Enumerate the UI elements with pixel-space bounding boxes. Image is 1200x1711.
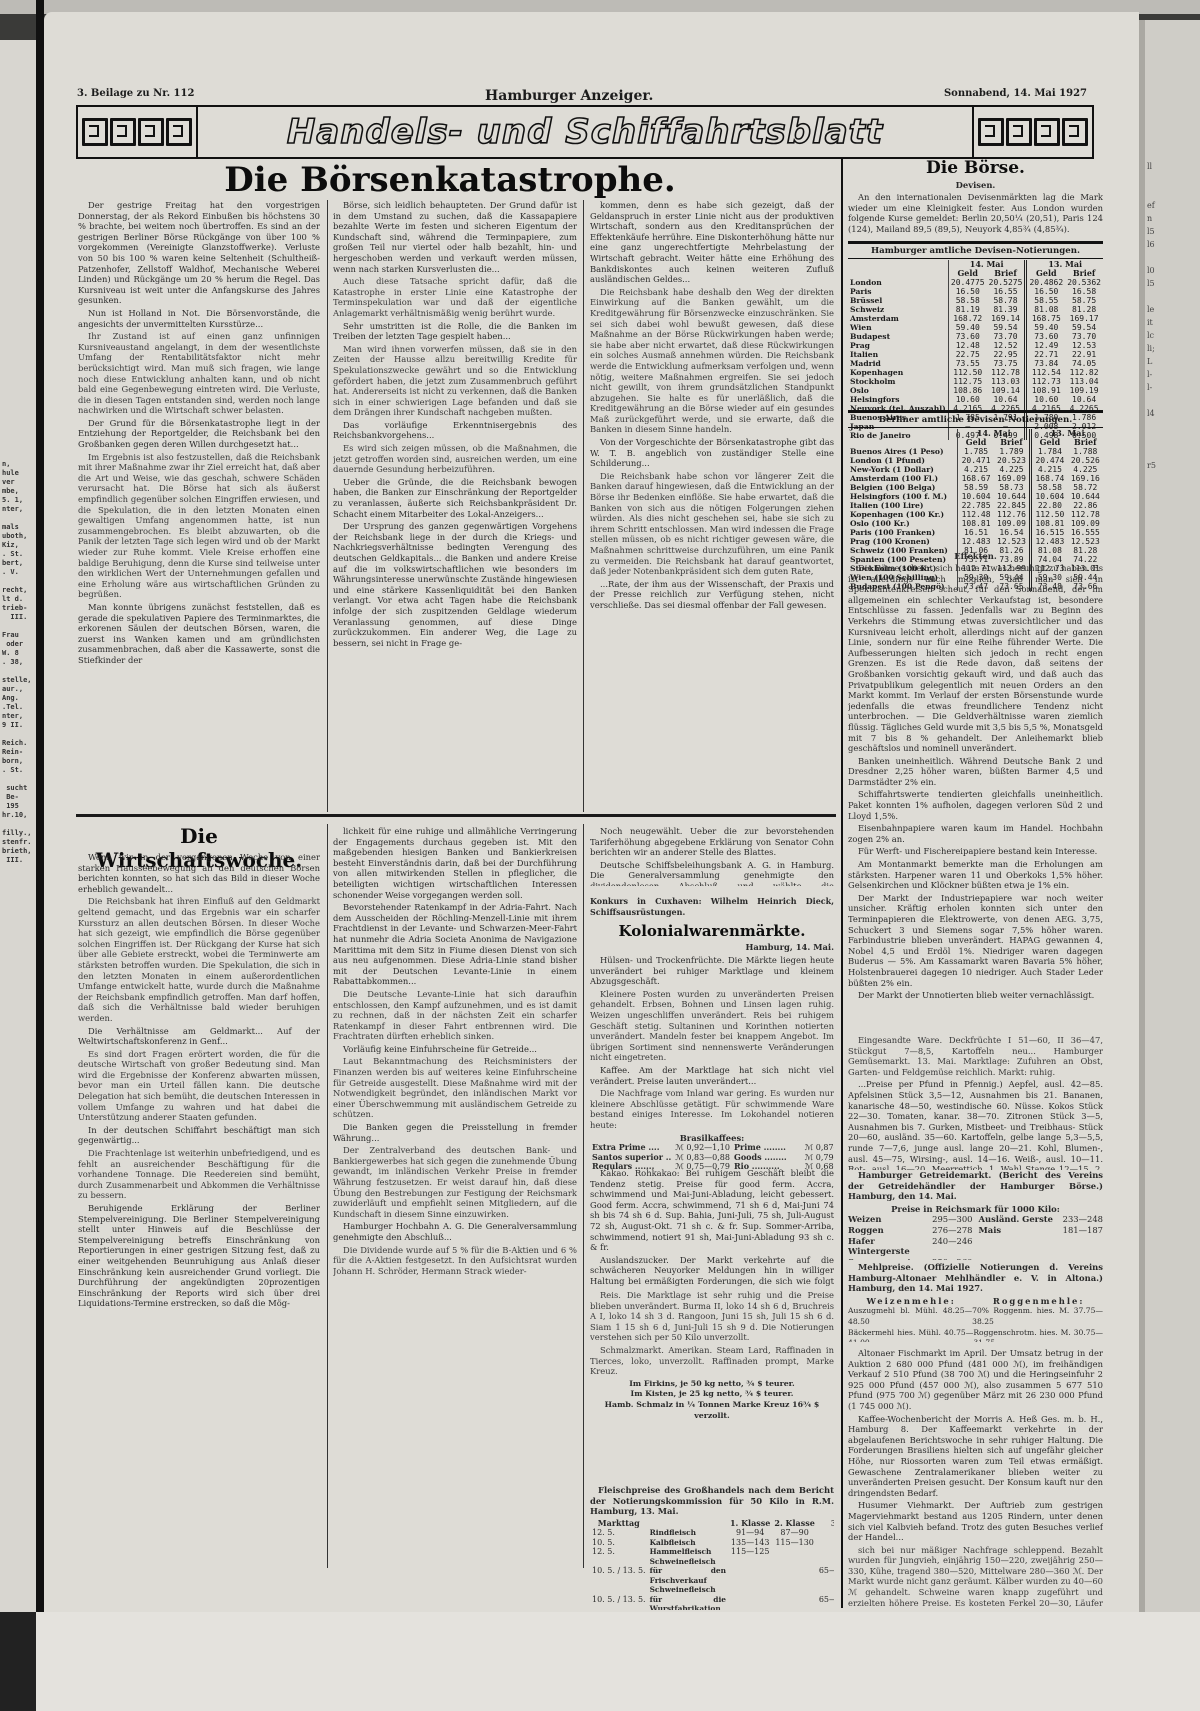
rate-value: 169.14	[987, 314, 1026, 323]
berlin-fx-table-title: Berliner amtliche Devisen-Notierungen.	[848, 410, 1103, 428]
currency-name: Italien	[848, 350, 948, 359]
currency-name: Paris	[848, 287, 948, 296]
lard-price-list: Im Firkins, je 50 kg netto, ¾ $ teurer.I…	[590, 1379, 834, 1421]
rate-value: 10.644	[994, 492, 1031, 501]
rate-value: 109.09	[994, 519, 1031, 528]
table-row: Budapest73.6073.7073.6073.70	[848, 332, 1103, 341]
list-item: Auszugmehl bl. Mühl. 48.25—48.5070% Rogg…	[848, 1306, 1103, 1327]
paragraph-body-illegible: Kleinere Posten wurden zu unveränderten …	[590, 989, 834, 1063]
paragraph-body-illegible: Es wird sich zeigen müssen, ob die Maßna…	[333, 443, 577, 475]
rate-value: 112.76	[994, 510, 1031, 519]
rate-value: 169.16	[1068, 474, 1103, 483]
table-row: Prag12.4812.5212.4912.53	[848, 341, 1103, 350]
list-item: Im Kisten, je 25 kg netto, ¾ $ teurer.	[590, 1389, 834, 1400]
paragraph: Für Werft- und Fischereipapiere bestand …	[848, 846, 1103, 857]
getreide-section: Hamburger Getreidemarkt. (Bericht des Ve…	[848, 1170, 1103, 1260]
main-article-column-1: Der gestrige Freitag hat den vorgestrige…	[78, 200, 320, 812]
paragraph-body-illegible: Die Dividende wurde auf 5 % für die B-Ak…	[333, 1245, 577, 1277]
rate-value: 10.604	[958, 492, 994, 501]
paragraph-body-illegible: Die Reichsbank hat ihren Einfluß auf den…	[78, 896, 320, 1023]
paragraph: ...Rate, der ihm aus der Wissenschaft, d…	[590, 579, 834, 611]
paragraph-body-illegible: Auch diese Tatsache spricht dafür, daß d…	[333, 276, 577, 318]
paragraph: Beruhigende Erklärung der Berliner Stemp…	[78, 1203, 320, 1309]
rate-value: 12.523	[1068, 537, 1103, 546]
rate-value: 20.4862	[1026, 278, 1065, 287]
rate-value: 22.95	[987, 350, 1026, 359]
rate-value: 113.04	[1065, 377, 1103, 386]
rate-value: 109.19	[1065, 386, 1103, 395]
binding-shadow	[0, 1612, 36, 1711]
table-row: Oslo108.86109.14108.91109.19	[848, 386, 1103, 395]
list-item: Ausländ. Gerste233—248	[979, 1214, 1104, 1225]
paragraph: Kaffee. Am der Marktlage hat sich nicht …	[590, 1065, 834, 1086]
rate-value: 22.845	[994, 501, 1031, 510]
rate-value: 168.72	[948, 314, 986, 323]
rate-value: 4.225	[1068, 465, 1103, 474]
devisen-text: An den internationalen Devisenmärkten la…	[848, 192, 1103, 236]
rye-flour-header: Roggenmehle:	[993, 1296, 1085, 1307]
paragraph-body-illegible: Der Zentralverband des deutschen Bank- u…	[333, 1145, 577, 1219]
fx-col-header: Brief	[1068, 438, 1103, 447]
kolonialwaren-body: Hülsen- und Trockenfrüchte. Die Märkte l…	[590, 955, 834, 1170]
table-row: Paris (100 Franken)16.5116.5416.51516.55…	[848, 528, 1103, 537]
table-row: Brüssel58.5858.7858.5558.75	[848, 296, 1103, 305]
paragraph: Noch neugewählt. Ueber die zur bevorsteh…	[590, 826, 834, 858]
table-row: Italien (100 Lire)22.78522.84522.8022.86	[848, 501, 1103, 510]
table-row: Helsingfors (100 f. M.)10.60410.64410.60…	[848, 492, 1103, 501]
paragraph-body-illegible: Ihr Zustand ist auf einen ganz unfinnige…	[78, 331, 320, 416]
paragraph: An den internationalen Devisenmärkten la…	[848, 192, 1103, 234]
paragraph: Die Börse scheint sich heute etwas beruh…	[848, 563, 1103, 754]
rate-value: 4.215	[958, 465, 994, 474]
column-rule	[583, 200, 584, 812]
table-row: 10. 5.Kalbfleisch135—143115—13090—110	[590, 1538, 834, 1548]
greek-key-ornament-left-icon	[78, 107, 198, 157]
rate-value: 1.784	[1031, 447, 1068, 456]
rate-value: 16.51	[958, 528, 994, 537]
rate-value: 112.50	[948, 368, 986, 377]
paragraph: ...Preise per Pfund in Pfennig.) Aepfel,…	[848, 1079, 1103, 1170]
page-fold	[1139, 20, 1145, 1711]
table-row: Belgien (100 Belga)58.5958.7358.5858.72	[848, 483, 1103, 492]
grain-prices-left: Weizen295—300Roggen276—278Hafer240—246Wi…	[848, 1214, 973, 1260]
paragraph-body-illegible: Die Reichsbank habe schon vor längerer Z…	[590, 471, 834, 577]
fx-col-header: Geld	[1031, 438, 1068, 447]
paragraph: Hamburger Hochbahn A. G. Die Generalvers…	[333, 1221, 577, 1242]
kolonialwaren-headline: Kolonialwarenmärkte.	[590, 922, 834, 940]
brasil-coffee-table: Extra Prime ....ℳ 0,92—1,10Prime .......…	[590, 1143, 834, 1170]
currency-name: Prag (100 Kronen)	[848, 537, 958, 546]
rate-value: 109.09	[1068, 519, 1103, 528]
rate-value: 113.03	[987, 377, 1026, 386]
rate-value: 168.75	[1026, 314, 1065, 323]
paragraph-body-illegible: sich bei nur mäßiger Nachfrage schleppen…	[848, 1545, 1103, 1608]
currency-name: Brüssel	[848, 296, 948, 305]
paragraph: Vorläufig keine Einfuhrscheine für Getre…	[333, 1044, 577, 1055]
rate-value: 10.604	[1031, 492, 1068, 501]
list-item: Mais181—187	[979, 1225, 1104, 1236]
grain-market-title: Hamburger Getreidemarkt. (Bericht des Ve…	[848, 1170, 1103, 1202]
currency-name: Prag	[848, 341, 948, 350]
rate-value: 12.53	[1065, 341, 1103, 350]
fish-market-report: Altonaer Fischmarkt im April. Der Umsatz…	[848, 1348, 1103, 1412]
rate-value: 112.50	[1031, 510, 1068, 519]
rate-value: 73.70	[1065, 332, 1103, 341]
rate-value: 22.80	[1031, 501, 1068, 510]
table-row: Helsingfors10.6010.6410.6010.64	[848, 395, 1103, 404]
currency-name: Helsingfors (100 f. M.)	[848, 492, 958, 501]
fx-col-header: Brief	[987, 269, 1026, 278]
paragraph-body-illegible: Schmalzmarkt. Amerikan. Steam Lard, Raff…	[590, 1345, 834, 1377]
paragraph-body-illegible: Reis. Die Marktlage ist sehr ruhig und d…	[590, 1290, 834, 1343]
rate-value: 108.91	[1026, 386, 1065, 395]
rate-value: 59.40	[948, 323, 986, 332]
rate-value: 73.70	[987, 332, 1026, 341]
fx-col-header: Geld	[1026, 269, 1065, 278]
table-row: London20.477520.527520.486220.5362	[848, 278, 1103, 287]
rate-value: 10.60	[948, 395, 986, 404]
rate-value: 112.75	[948, 377, 986, 386]
currency-name: Italien (100 Lire)	[848, 501, 958, 510]
paragraph: Der gestrige Freitag hat den vorgestrige…	[78, 200, 320, 306]
rate-value: 1.789	[994, 447, 1031, 456]
greek-key-ornament-right-icon	[972, 107, 1092, 157]
kolonialwaren-dateline: Hamburg, 14. Mai.	[590, 942, 834, 954]
table-row: Madrid73.5573.7573.8474.05	[848, 359, 1103, 368]
rate-value: 81.19	[948, 305, 986, 314]
currency-name: London (1 Pfund)	[848, 456, 958, 465]
rate-value: 59.54	[1065, 323, 1103, 332]
section-title: Handels- und Schiffahrtsblatt	[198, 107, 972, 157]
rate-value: 58.58	[1031, 483, 1068, 492]
rate-value: 22.71	[1026, 350, 1065, 359]
paragraph-body-illegible: Die Reichsbank habe deshalb den Weg der …	[590, 287, 834, 435]
table-row: London (1 Pfund)20.47120.52320.47420.526	[848, 456, 1103, 465]
wirtschaftswoche-column-3: Noch neugewählt. Ueber die zur bevorsteh…	[590, 826, 834, 886]
rate-value: 81.08	[1026, 305, 1065, 314]
paragraph: Der Markt der Industriepapiere war noch …	[848, 893, 1103, 988]
issue-date: Sonnabend, 14. Mai 1927	[944, 88, 1087, 104]
fx-col-header: Brief	[1065, 269, 1103, 278]
rate-value: 16.55	[987, 287, 1026, 296]
main-article-column-2: Börse, sich leidlich behaupteten. Der Gr…	[333, 200, 577, 812]
rate-value: 16.50	[948, 287, 986, 296]
table-header	[648, 1519, 728, 1529]
paragraph: In der deutschen Schiffahrt beschäftigt …	[78, 1125, 320, 1146]
meat-prices-table: Markttag1. Klasse2. Klasse3. Klasse12. 5…	[590, 1519, 834, 1610]
rate-value: 112.54	[1026, 368, 1065, 377]
column-rule	[583, 824, 584, 1568]
currency-name: New-York (1 Dollar)	[848, 465, 958, 474]
currency-name: Amsterdam (100 Fl.)	[848, 474, 958, 483]
table-row: Schweiz81.1981.3981.0881.28	[848, 305, 1103, 314]
rate-value: 20.5362	[1065, 278, 1103, 287]
paragraph-body-illegible: Laut Bekanntmachung des Reichsministers …	[333, 1056, 577, 1120]
paragraph: Ueber die Gründe, die die Reichsbank bew…	[333, 477, 577, 519]
hamburg-fx-table-title: Hamburger amtliche Devisen-Notierungen.	[848, 241, 1103, 259]
currency-name: London	[848, 278, 948, 287]
table-header: 2. Klasse	[772, 1519, 816, 1529]
devisen-subhead: Devisen.	[848, 180, 1103, 192]
effekten-subhead: Effekten.	[848, 551, 1103, 563]
currency-name: Madrid	[848, 359, 948, 368]
currency-name: Schweiz	[848, 305, 948, 314]
grain-prices-right: Ausländ. Gerste233—248Mais181—187	[979, 1214, 1104, 1260]
rate-value: 73.60	[948, 332, 986, 341]
table-row: 10. 5. / 13. 5.Schweinefleisch für den F…	[590, 1557, 834, 1586]
list-item: Bäckermehl hies. Mühl. 40.75—41.00Roggen…	[848, 1328, 1103, 1342]
rate-value: 81.28	[1065, 305, 1103, 314]
rate-value: 112.78	[1068, 510, 1103, 519]
rate-value: 108.81	[958, 519, 994, 528]
konkurs-notice: Konkurs in Cuxhaven: Wilhelm Heinrich Di…	[590, 896, 834, 920]
newspaper-name: Hamburger Anzeiger.	[485, 88, 653, 104]
kakao-zucker-body: Kakao. Rohkakao: Bei ruhigem Geschäft bl…	[590, 1168, 834, 1288]
paragraph: Auslandszucker. Der Markt verkehrte auf …	[590, 1255, 834, 1288]
coffee-weekly-report: Kaffee-Wochenbericht der Morris A. Heß G…	[848, 1414, 1103, 1499]
rate-value: 73.60	[1026, 332, 1065, 341]
table-row: Kopenhagen112.50112.78112.54112.82	[848, 368, 1103, 377]
rate-value: 168.74	[1031, 474, 1068, 483]
rate-value: 73.75	[987, 359, 1026, 368]
column-rule	[327, 824, 328, 1568]
cattle-market-report: Husumer Viehmarkt. Der Auftrieb zum gest…	[848, 1500, 1103, 1542]
rate-value: 1.785	[958, 447, 994, 456]
boerse-headline: Die Börse.	[848, 158, 1103, 178]
rate-value: 4.215	[1031, 465, 1068, 474]
rate-value: 73.55	[948, 359, 986, 368]
column-rule-heavy	[841, 158, 843, 1608]
list-item: Weizen295—300	[848, 1214, 973, 1225]
paragraph: Sehr umstritten ist die Rolle, die die B…	[333, 321, 577, 342]
table-header: 3. Klasse	[817, 1519, 834, 1529]
rate-value: 20.523	[994, 456, 1031, 465]
rate-value: 10.64	[1065, 395, 1103, 404]
rate-value: 12.52	[987, 341, 1026, 350]
rate-value: 16.54	[994, 528, 1031, 537]
rate-value: 16.50	[1026, 287, 1065, 296]
table-row: Paris16.5016.5516.5016.58	[848, 287, 1103, 296]
currency-name: Helsingfors	[848, 395, 948, 404]
table-row: 10. 5. / 13. 5.Schweinefleisch für die W…	[590, 1585, 834, 1610]
paragraph: Der Markt der Unnotierten blieb weiter v…	[848, 990, 1103, 1001]
next-page-text-fragment: ll ef n l5 l6 l0 l5 le it lc li; L l- l-…	[1147, 160, 1156, 472]
rate-value: 22.91	[1065, 350, 1103, 359]
rate-value: 74.05	[1065, 359, 1103, 368]
rate-value: 16.515	[1031, 528, 1068, 537]
rate-value: 109.14	[987, 386, 1026, 395]
rate-value: 112.82	[1065, 368, 1103, 377]
rate-value: 20.474	[1031, 456, 1068, 465]
wirtschaftswoche-column-2: lichkeit für eine ruhige und allmähliche…	[333, 826, 577, 1568]
fx-header-blank	[848, 260, 948, 269]
rate-value: 108.81	[1031, 519, 1068, 528]
table-row: Italien22.7522.9522.7122.91	[848, 350, 1103, 359]
table-row: Amsterdam168.72169.14168.75169.17	[848, 314, 1103, 323]
main-article-column-3: kommen, denn es habe sich gezeigt, daß d…	[590, 200, 834, 812]
rate-value: 59.40	[1026, 323, 1065, 332]
paragraph-body-illegible: Eingesandte Ware. Deckfrüchte I 51—60, I…	[848, 1035, 1103, 1077]
paragraph: Am Montanmarkt bemerkte man die Erholung…	[848, 859, 1103, 891]
currency-name: Wien	[848, 323, 948, 332]
rate-value: 10.64	[987, 395, 1026, 404]
table-row: Amsterdam (100 Fl.)168.67169.09168.74169…	[848, 474, 1103, 483]
paragraph: Banken uneinheitlich. Während Deutsche B…	[848, 756, 1103, 788]
rate-value: 22.75	[948, 350, 986, 359]
paragraph: Hülsen- und Trockenfrüchte. Die Märkte l…	[590, 955, 834, 987]
fleisch-section: Fleischpreise des Großhandels nach dem B…	[590, 1485, 834, 1610]
list-item: Roggen276—278	[848, 1225, 973, 1236]
paragraph-body-illegible: Im Ergebnis ist also festzustellen, daß …	[78, 452, 320, 600]
reis-schmalz-body: Reis. Die Marktlage ist sehr ruhig und d…	[590, 1290, 834, 1450]
supplement-number: 3. Beilage zu Nr. 112	[77, 88, 194, 104]
mehl-section: Mehlpreise. (Offizielle Notierungen d. V…	[848, 1262, 1103, 1342]
rate-value: 10.644	[1068, 492, 1103, 501]
currency-name: Oslo	[848, 386, 948, 395]
currency-name: Budapest	[848, 332, 948, 341]
currency-name: Buenos Aires (1 Peso)	[848, 447, 958, 456]
table-row: Prag (100 Kronen)12.48312.52312.48312.52…	[848, 537, 1103, 546]
table-row: 12. 5.Hammelfleisch115—125	[590, 1547, 834, 1557]
rate-value: 168.67	[958, 474, 994, 483]
masthead: 3. Beilage zu Nr. 112 Hamburger Anzeiger…	[77, 88, 1087, 104]
rate-value: 20.526	[1068, 456, 1103, 465]
rate-value: 4.225	[994, 465, 1031, 474]
paragraph: Wenn wir in der vergangenen Woche von ei…	[78, 852, 320, 894]
table-row: Buenos Aires (1 Peso)1.7851.7891.7841.78…	[848, 447, 1103, 456]
column-rule	[327, 200, 328, 812]
rate-value: 108.86	[948, 386, 986, 395]
table-header: 1. Klasse	[728, 1519, 772, 1529]
rate-value: 58.59	[958, 483, 994, 492]
rate-value: 58.72	[1068, 483, 1103, 492]
paragraph-body-illegible: Die Frachtenlage ist weiterhin unbefried…	[78, 1148, 320, 1201]
flour-prices-list: Auszugmehl bl. Mühl. 48.25—48.5070% Rogg…	[848, 1306, 1103, 1342]
misc-market-reports: Altonaer Fischmarkt im April. Der Umsatz…	[848, 1348, 1103, 1608]
rate-value: 81.39	[987, 305, 1026, 314]
rate-value: 58.73	[994, 483, 1031, 492]
wheat-flour-header: Weizenmehle:	[867, 1296, 956, 1307]
rate-value: 20.5275	[987, 278, 1026, 287]
grain-market-subtitle: Preise in Reichsmark für 1000 Kilo:	[848, 1204, 1103, 1215]
paragraph: Das vorläufige Erkenntnisergebnis des Re…	[333, 420, 577, 441]
paragraph: Bevorstehender Ratenkampf in der Adria-F…	[333, 902, 577, 987]
scan-bottom-margin	[0, 1612, 1200, 1711]
table-row: New-York (1 Dollar)4.2154.2254.2154.225	[848, 465, 1103, 474]
currency-name: Amsterdam	[848, 314, 948, 323]
list-item: Im Firkins, je 50 kg netto, ¾ $ teurer.	[590, 1379, 834, 1390]
rate-value: 22.86	[1068, 501, 1103, 510]
rate-value: 169.17	[1065, 314, 1103, 323]
rate-value: 20.4775	[948, 278, 986, 287]
table-row: Stockholm112.75113.03112.73113.04	[848, 377, 1103, 386]
paragraph: Schiffahrtswerte tendierten gleichfalls …	[848, 789, 1103, 821]
table-row: 12. 5.Rindfleisch91—9487—9082—86	[590, 1528, 834, 1538]
wirtschaftswoche-column-1: Wenn wir in der vergangenen Woche von ei…	[78, 852, 320, 1566]
paragraph: kommen, denn es habe sich gezeigt, daß d…	[590, 200, 834, 285]
main-headline: Die Börsenkatastrophe.	[70, 160, 830, 200]
paragraph-body-illegible: Die Nachfrage vom Inland war gering. Es …	[590, 1088, 834, 1130]
rate-value: 1.788	[1068, 447, 1103, 456]
rate-value: 12.483	[958, 537, 994, 546]
paragraph: Eisenbahnpapiere waren kaum im Handel. H…	[848, 823, 1103, 844]
paragraph: Die Verhältnisse am Geldmarkt... Auf der…	[78, 1026, 320, 1047]
rate-value: 12.48	[948, 341, 986, 350]
rate-value: 112.73	[1026, 377, 1065, 386]
effekten-text: Die Börse scheint sich heute etwas beruh…	[848, 563, 1103, 1033]
rate-value: 22.785	[958, 501, 994, 510]
rate-value: 10.60	[1026, 395, 1065, 404]
fx-col-header: Brief	[994, 438, 1031, 447]
section-banner: Handels- und Schiffahrtsblatt	[76, 105, 1094, 159]
rate-value: 58.75	[1065, 296, 1103, 305]
meat-prices-title: Fleischpreise des Großhandels nach dem B…	[590, 1485, 834, 1517]
currency-name: Oslo (100 Kr.)	[848, 519, 958, 528]
gemuese-prices: Eingesandte Ware. Deckfrüchte I 51—60, I…	[848, 1035, 1103, 1170]
flour-prices-title: Mehlpreise. (Offizielle Notierungen d. V…	[848, 1262, 1103, 1294]
list-item: Sommergerste250—260	[848, 1257, 973, 1260]
currency-name: Kopenhagen (100 Kr.)	[848, 510, 958, 519]
rate-value: 12.49	[1026, 341, 1065, 350]
fx-header-blank	[848, 429, 958, 438]
paragraph: Die Banken gegen die Preisstellung in fr…	[333, 1122, 577, 1143]
paragraph-body-illegible: Man wird ihnen vorwerfen müssen, daß sie…	[333, 344, 577, 418]
table-row: Kopenhagen (100 Kr.)112.48112.76112.5011…	[848, 510, 1103, 519]
fx-col-header: Geld	[958, 438, 994, 447]
paragraph: lichkeit für eine ruhige und allmähliche…	[333, 826, 577, 900]
rate-value: 16.58	[1065, 287, 1103, 296]
paragraph-body-illegible: Es sind dort Fragen erörtert worden, die…	[78, 1049, 320, 1123]
paragraph: Von der Vorgeschichte der Börsenkatastro…	[590, 437, 834, 469]
list-item: Hamb. Schmalz in ¼ Tonnen Marke Kreuz 16…	[590, 1400, 834, 1421]
table-header: Markttag	[590, 1519, 648, 1529]
table-row: Wien59.4059.5459.4059.54	[848, 323, 1103, 332]
rate-value: 58.58	[948, 296, 986, 305]
section-divider	[76, 814, 836, 817]
paragraph: Kakao. Rohkakao: Bei ruhigem Geschäft bl…	[590, 1168, 834, 1253]
rate-value: 12.523	[994, 537, 1031, 546]
list-item: Hafer240—246	[848, 1236, 973, 1247]
paragraph: Nun ist Holland in Not. Die Börsenvorstä…	[78, 308, 320, 329]
paragraph-body-illegible: Die Deutsche Levante-Linie hat sich dara…	[333, 989, 577, 1042]
rate-value: 169.09	[994, 474, 1031, 483]
rate-value: 16.555	[1068, 528, 1103, 537]
currency-name: Belgien (100 Belga)	[848, 483, 958, 492]
rate-value: 73.84	[1026, 359, 1065, 368]
rate-value: 12.483	[1031, 537, 1068, 546]
paragraph: Der Grund für die Börsenkatastrophe lieg…	[78, 418, 320, 450]
rate-value: 59.54	[987, 323, 1026, 332]
currency-name: Stockholm	[848, 377, 948, 386]
list-item: Wintergerste	[848, 1246, 973, 1257]
paragraph: Man konnte übrigens zunächst feststellen…	[78, 602, 320, 666]
rate-value: 112.48	[958, 510, 994, 519]
paragraph: Deutsche Schiffsbeleihungsbank A. G. in …	[590, 860, 834, 886]
paragraph: Der Ursprung des ganzen gegenwärtigen Vo…	[333, 521, 577, 648]
fx-col-header: Geld	[948, 269, 986, 278]
rate-value: 58.78	[987, 296, 1026, 305]
rate-value: 58.55	[1026, 296, 1065, 305]
rate-value: 20.471	[958, 456, 994, 465]
previous-page-text-fragment: n, hule ver mbe, 5. 1, nter, mals uboth,…	[2, 460, 38, 865]
currency-name: Kopenhagen	[848, 368, 948, 377]
table-row: Oslo (100 Kr.)108.81109.09108.81109.09	[848, 519, 1103, 528]
book-binding	[36, 0, 44, 1711]
paragraph: Börse, sich leidlich behaupteten. Der Gr…	[333, 200, 577, 274]
currency-name: Paris (100 Franken)	[848, 528, 958, 537]
next-page-edge: ll ef n l5 l6 l0 l5 le it lc li; L l- l-…	[1139, 20, 1200, 1711]
previous-page-edge: n, hule ver mbe, 5. 1, nter, mals uboth,…	[0, 40, 40, 1711]
